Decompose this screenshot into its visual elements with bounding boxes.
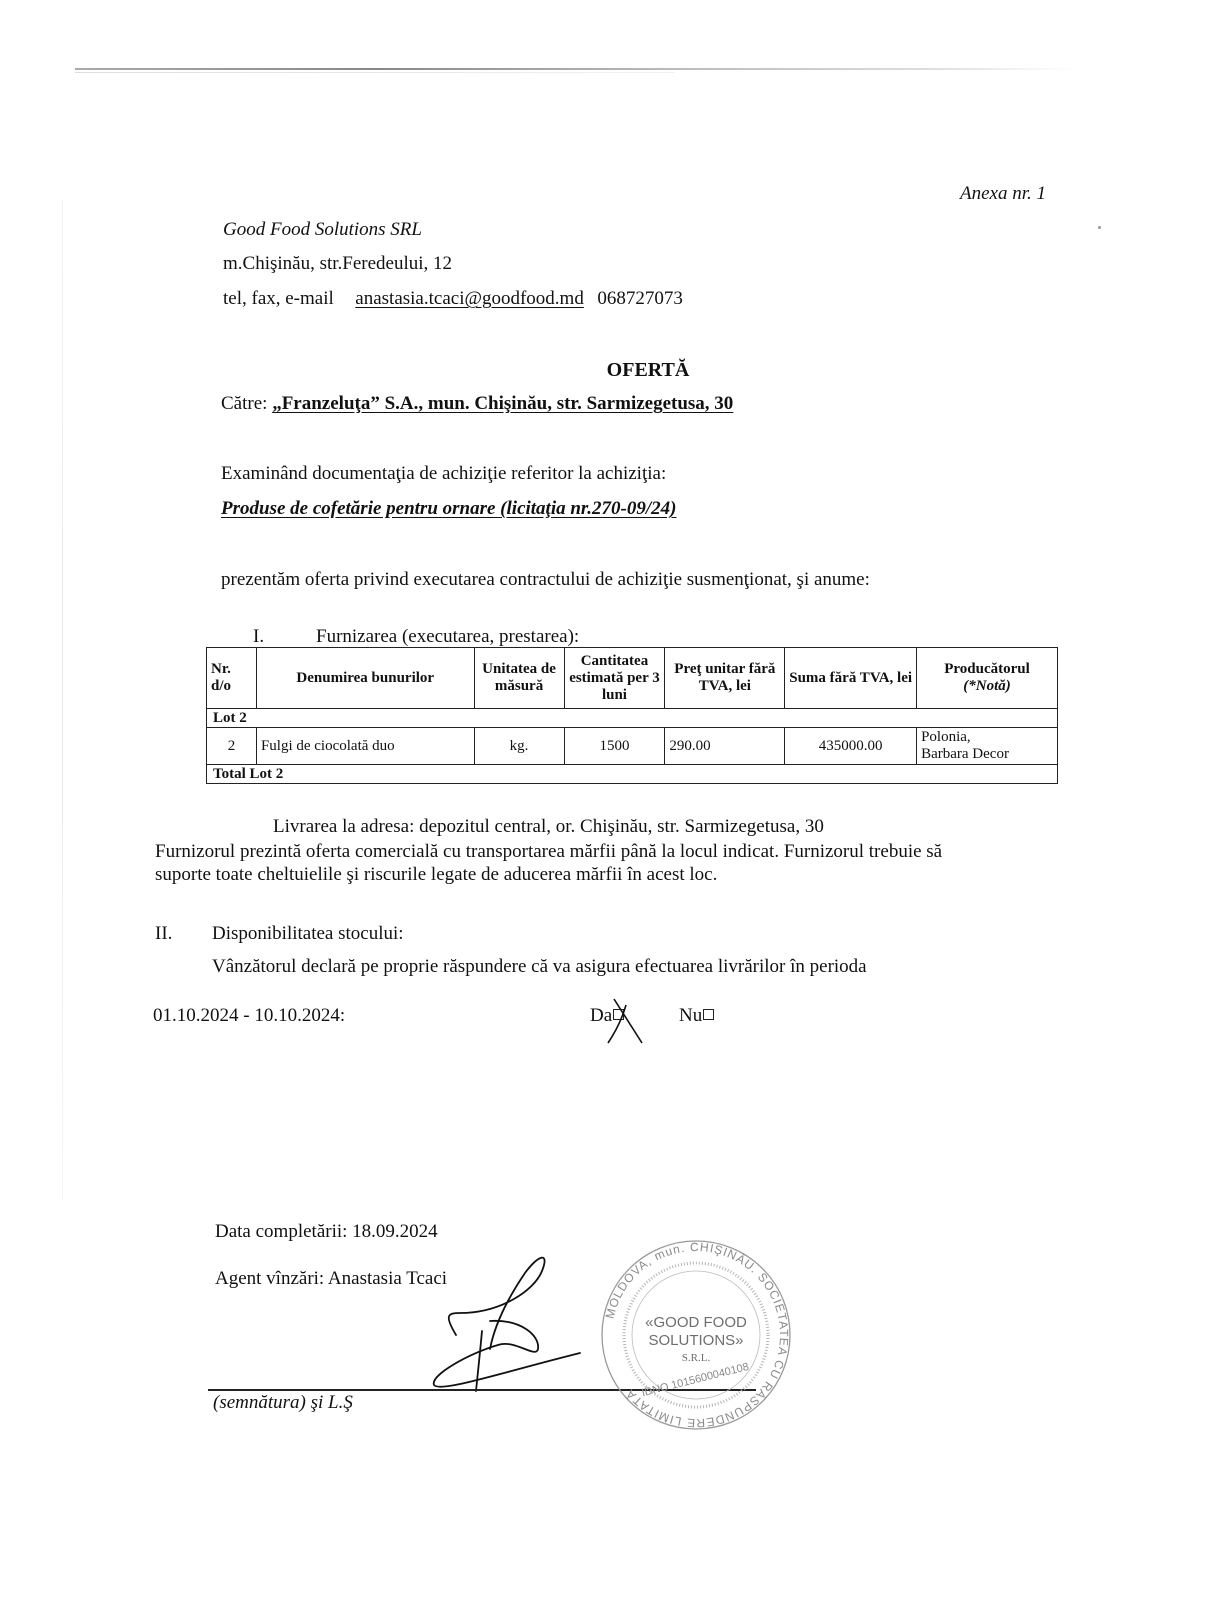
company-stamp: MOLDOVA, mun. CHIŞINĂU. SOCIETATEA CU RĂ… (598, 1237, 794, 1433)
signature-image (420, 1253, 600, 1393)
document-title: OFERTĂ (0, 359, 1216, 382)
option-no[interactable]: Nu (679, 1005, 714, 1027)
header-quantity: Cantitatea estimată per 3 luni (564, 648, 665, 709)
scan-edge-line (75, 68, 1075, 70)
cell-name: Fulgi de ciocolată duo (256, 728, 474, 765)
offer-table: Nr. d/o Denumirea bunurilor Unitatea de … (206, 647, 1058, 784)
annex-label: Anexa nr. 1 (960, 183, 1046, 205)
sales-agent: Agent vînzări: Anastasia Tcaci (215, 1268, 447, 1290)
header-total: Suma fără TVA, lei (785, 648, 917, 709)
delivery-terms-1: Furnizorul prezintă oferta comercială cu… (155, 841, 942, 863)
header-nr: Nr. d/o (207, 648, 257, 709)
option-no-label: Nu (679, 1005, 702, 1026)
signature-caption: (semnătura) şi L.Ş (213, 1392, 353, 1414)
recipient-label: Către: (221, 393, 267, 414)
delivery-period: 01.10.2024 - 10.10.2024: (153, 1005, 345, 1027)
stamp-line-3: S.R.L. (682, 1352, 711, 1364)
producer-company: Barbara Decor (921, 746, 1053, 763)
x-mark-icon (604, 997, 644, 1045)
cell-quantity: 1500 (564, 728, 665, 765)
section-1-number: I. (253, 626, 264, 648)
completion-date: Data completării: 18.09.2024 (215, 1221, 438, 1243)
procurement-subject: Produse de cofetărie pentru ornare (lici… (221, 498, 676, 520)
cell-producer: Polonia, Barbara Decor (917, 728, 1058, 765)
supplier-contact: tel, fax, e-mail anastasia.tcaci@goodfoo… (223, 288, 683, 310)
no-checkbox[interactable] (703, 1009, 714, 1020)
recipient-value: „Franzeluţa” S.A., mun. Chişinău, str. S… (272, 393, 733, 414)
cell-nr: 2 (207, 728, 257, 765)
scan-edge-line-faint (75, 72, 675, 73)
stamp-line-1: «GOOD FOOD (645, 1314, 747, 1331)
cell-unit-price: 290.00 (665, 728, 785, 765)
supplier-name: Good Food Solutions SRL (223, 219, 422, 241)
lot-row: Lot 2 (207, 709, 1058, 728)
header-unit-price: Preţ unitar fără TVA, lei (665, 648, 785, 709)
header-unit: Unitatea de măsură (474, 648, 564, 709)
header-producer-note: (*Notă) (921, 678, 1053, 695)
delivery-terms-2: suporte toate cheltuielile şi riscurile … (155, 864, 717, 886)
scan-left-shadow (62, 200, 63, 1200)
recipient-line: Către: „Franzeluţa” S.A., mun. Chişinău,… (221, 393, 733, 415)
cell-total: 435000.00 (785, 728, 917, 765)
cell-unit: kg. (474, 728, 564, 765)
total-row: Total Lot 2 (207, 765, 1058, 784)
section-2-number: II. (155, 923, 172, 945)
stamp-idno: IDNO 1015600040108 (640, 1361, 750, 1399)
section-2-declaration: Vânzătorul declară pe proprie răspundere… (212, 956, 867, 978)
stamp-line-2: SOLUTIONS» (648, 1332, 743, 1349)
offer-statement: prezentăm oferta privind executarea cont… (221, 569, 870, 591)
total-label: Total Lot 2 (207, 765, 1058, 784)
section-2-title: Disponibilitatea stocului: (212, 923, 404, 945)
scan-speck (1098, 226, 1101, 229)
supplier-address: m.Chişinău, str.Feredeului, 12 (223, 253, 452, 275)
intro-text: Examinând documentaţia de achiziţie refe… (221, 463, 666, 485)
lot-label: Lot 2 (207, 709, 1058, 728)
header-producer: Producătorul (*Notă) (917, 648, 1058, 709)
header-producer-label: Producătorul (921, 661, 1053, 678)
table-row: 2 Fulgi de ciocolată duo kg. 1500 290.00… (207, 728, 1058, 765)
table-header-row: Nr. d/o Denumirea bunurilor Unitatea de … (207, 648, 1058, 709)
delivery-address: Livrarea la adresa: depozitul central, o… (273, 816, 824, 838)
supplier-email-link[interactable]: anastasia.tcaci@goodfood.md (355, 288, 584, 309)
contact-label: tel, fax, e-mail (223, 288, 334, 309)
section-1-title: Furnizarea (executarea, prestarea): (316, 626, 579, 648)
producer-country: Polonia, (921, 729, 1053, 746)
header-name: Denumirea bunurilor (256, 648, 474, 709)
supplier-phone: 068727073 (597, 288, 683, 309)
